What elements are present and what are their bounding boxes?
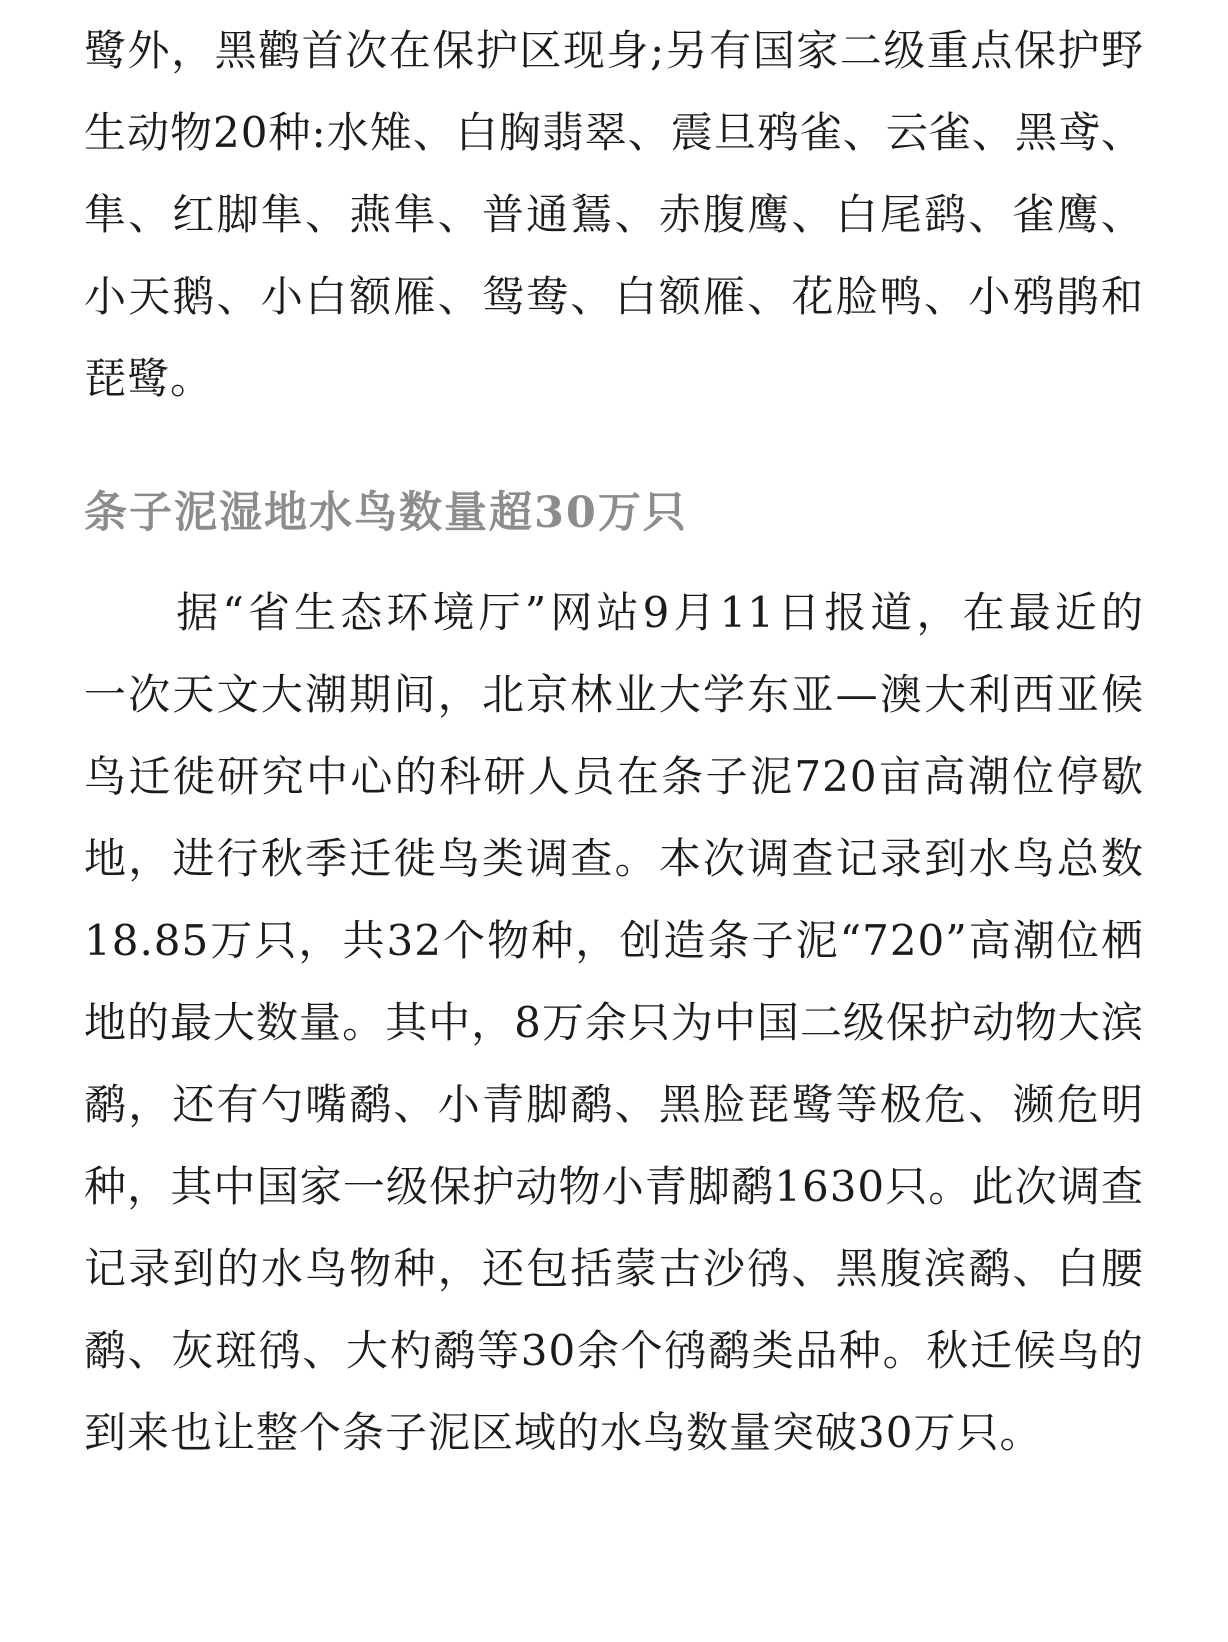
text-line: 鹭外，黑鹳首次在保护区现身;另有国家二级重点保护野 xyxy=(84,10,1144,92)
text-line: 一次天文大潮期间，北京林业大学东亚—澳大利西亚候 xyxy=(84,654,1144,736)
text-line: 地，进行秋季迁徙鸟类调查。本次调查记录到水鸟总数 xyxy=(84,818,1144,900)
paragraph-protected-species-list: 鹭外，黑鹳首次在保护区现身;另有国家二级重点保护野生动物20种:水雉、白胸翡翠、… xyxy=(84,10,1144,420)
text-line: 鸟迁徙研究中心的科研人员在条子泥720亩高潮位停歇 xyxy=(84,736,1144,818)
paragraph-tiaozini-waterbirds: 据“省生态环境厅”网站9月11日报道，在最近的一次天文大潮期间，北京林业大学东亚… xyxy=(84,572,1144,1474)
text-line: 18.85万只，共32个物种，创造条子泥“720”高潮位栖息 xyxy=(84,900,1144,982)
text-line: 到来也让整个条子泥区域的水鸟数量突破30万只。 xyxy=(84,1392,1144,1474)
document-page: 鹭外，黑鹳首次在保护区现身;另有国家二级重点保护野生动物20种:水雉、白胸翡翠、… xyxy=(0,0,1228,1642)
text-line: 据“省生态环境厅”网站9月11日报道，在最近的 xyxy=(84,572,1144,654)
text-line: 鹬、灰斑鸻、大杓鹬等30余个鸻鹬类品种。秋迁候鸟的 xyxy=(84,1310,1144,1392)
text-line: 琵鹭。 xyxy=(84,338,1144,420)
text-line: 种，其中国家一级保护动物小青脚鹬1630只。此次调查 xyxy=(84,1146,1144,1228)
text-line: 地的最大数量。其中，8万余只为中国二级保护动物大滨 xyxy=(84,982,1144,1064)
text-line: 记录到的水鸟物种，还包括蒙古沙鸻、黑腹滨鹬、白腰杓 xyxy=(84,1228,1144,1310)
text-line: 鹬，还有勺嘴鹬、小青脚鹬、黑脸琵鹭等极危、濒危明星物 xyxy=(84,1064,1144,1146)
text-line: 生动物20种:水雉、白胸翡翠、震旦鸦雀、云雀、黑鸢、游 xyxy=(84,92,1144,174)
section-heading: 条子泥湿地水鸟数量超30万只 xyxy=(84,472,1144,554)
text-line: 小天鹅、小白额雁、鸳鸯、白额雁、花脸鸭、小鸦鹃和白 xyxy=(84,256,1144,338)
text-line: 隼、红脚隼、燕隼、普通鵟、赤腹鹰、白尾鹞、雀鹰、鸿雁、 xyxy=(84,174,1144,256)
